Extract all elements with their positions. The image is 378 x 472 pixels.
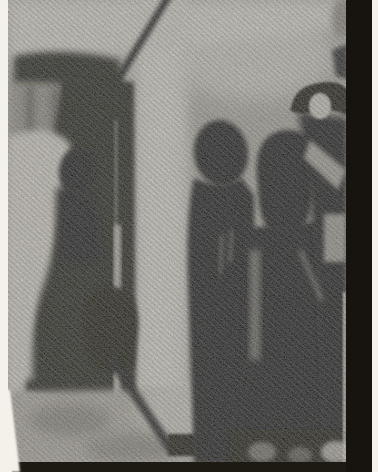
halftone-photograph (0, 0, 378, 472)
right-page-edge-band (346, 0, 372, 472)
right-page-margin (372, 0, 378, 472)
film-grain-light (8, 0, 348, 464)
photo-area (8, 0, 352, 470)
book-page (0, 0, 378, 472)
bottom-edge-band (12, 462, 372, 472)
